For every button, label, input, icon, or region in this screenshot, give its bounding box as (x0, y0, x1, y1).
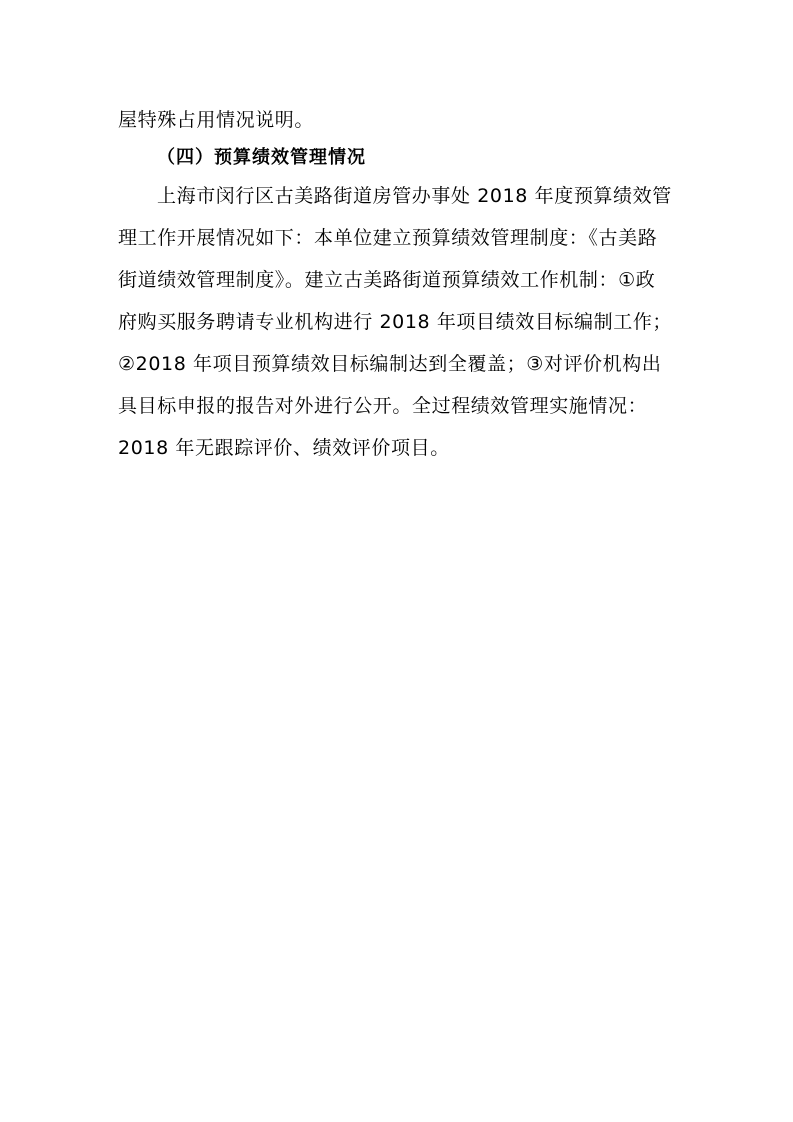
paragraph-line-6: 具目标申报的报告对外进行公开。全过程绩效管理实施情况： (118, 394, 647, 418)
paragraph-line-3: 街道绩效管理制度》。建立古美路街道预算绩效工作机制：①政 (118, 268, 655, 292)
section-heading: （四）预算绩效管理情况 (157, 146, 366, 170)
paragraph-line-7: 2018 年无跟踪评价、绩效评价项目。 (118, 436, 450, 460)
paragraph-line-1: 上海市闵行区古美路街道房管办事处 2018 年度预算绩效管 (157, 184, 672, 208)
paragraph-line-5: ②2018 年项目预算绩效目标编制达到全覆盖；③对评价机构出 (118, 352, 661, 376)
continuation-text-line: 屋特殊占用情况说明。 (118, 108, 314, 132)
paragraph-line-4: 府购买服务聘请专业机构进行 2018 年项目绩效目标编制工作； (118, 310, 672, 334)
paragraph-line-2: 理工作开展情况如下：本单位建立预算绩效管理制度：《古美路 (118, 226, 657, 250)
document-page: 屋特殊占用情况说明。 （四）预算绩效管理情况 上海市闵行区古美路街道房管办事处 … (0, 0, 793, 1122)
